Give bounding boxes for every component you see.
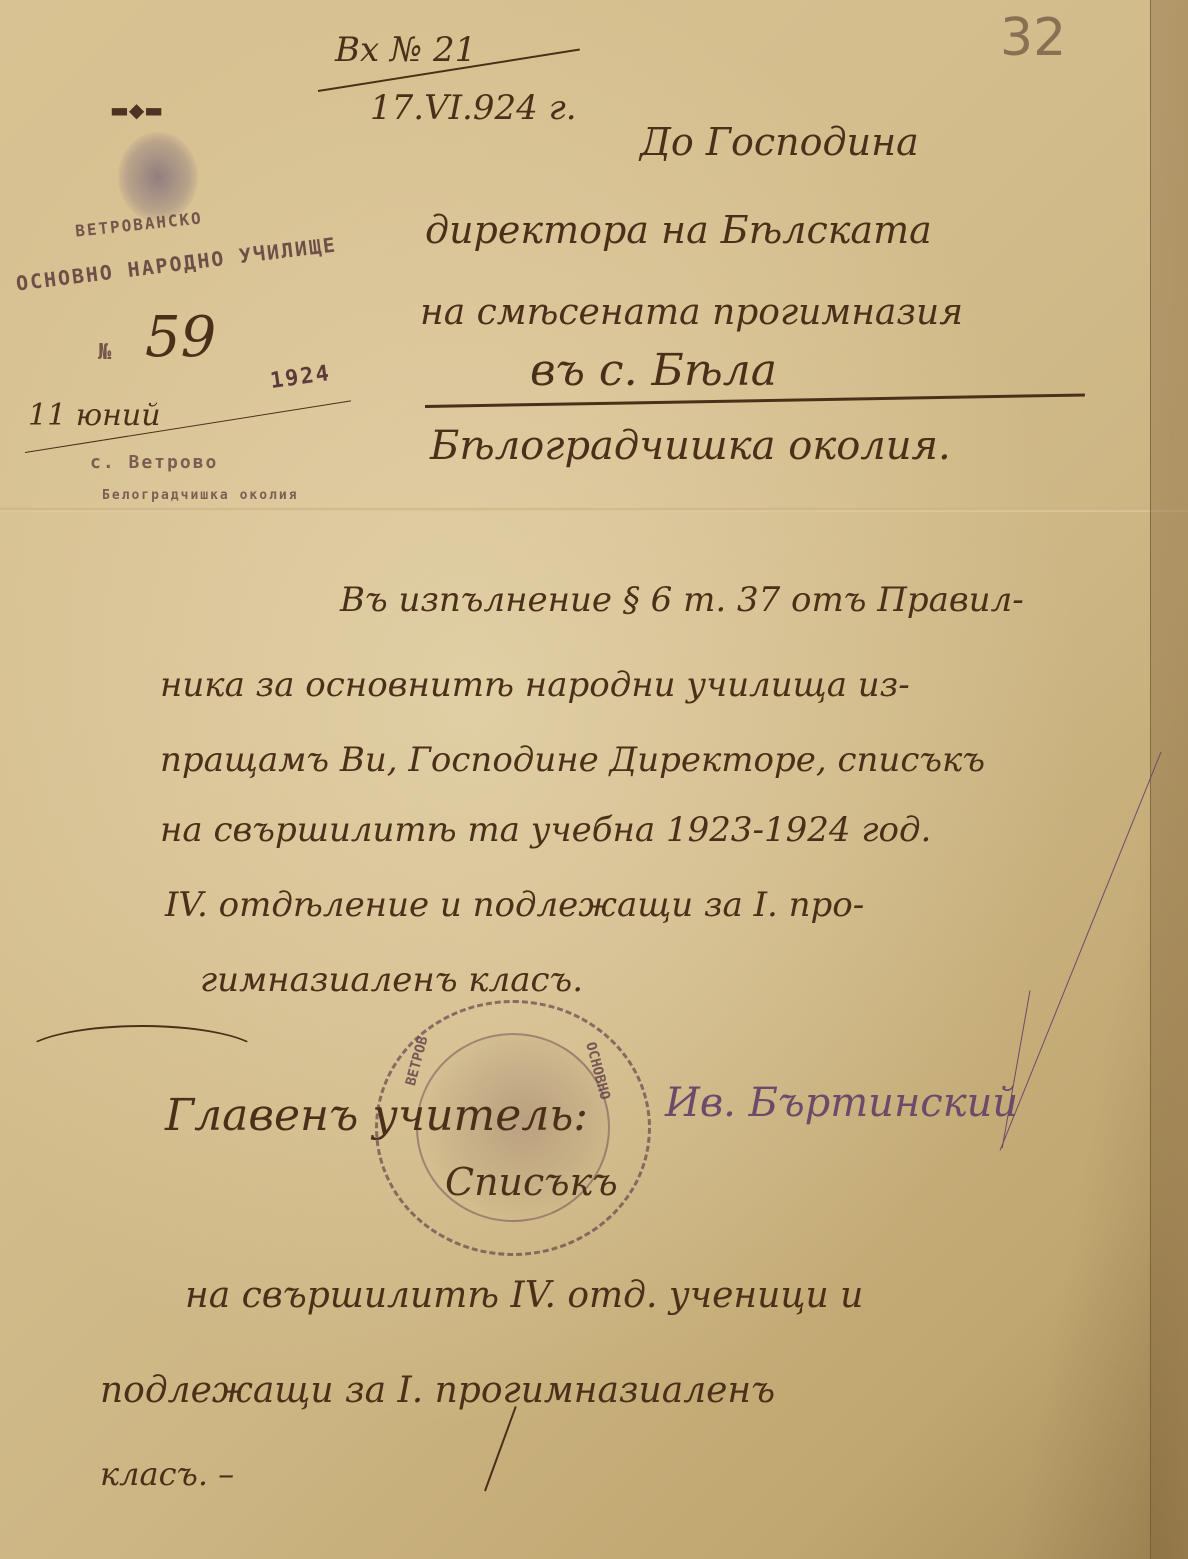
stamp-number: 59 xyxy=(145,305,216,370)
adjacent-page-edge xyxy=(1150,0,1188,1559)
addressee-line-2: директора на Бѣлската xyxy=(425,208,932,252)
body-line-1: Въ изпълнение § 6 т. 37 отъ Правил- xyxy=(340,580,1024,620)
addressee-district: Бѣлоградчишка околия. xyxy=(430,423,951,469)
body-line-5: IV. отдѣление и подлежащи за I. про- xyxy=(165,885,864,925)
stamp-date-day-month: 11 юний xyxy=(28,398,161,433)
signatory-title: Главенъ учитель: xyxy=(165,1090,588,1141)
list-line-3: класъ. – xyxy=(100,1455,234,1493)
crest-icon xyxy=(118,132,198,222)
body-line-6: гимназиаленъ класъ. xyxy=(200,960,583,1000)
addressee-village: въ с. Бѣла xyxy=(530,345,777,396)
registry-date: 17.VI.924 г. xyxy=(370,88,577,128)
crown-icon: ▬◆▬ xyxy=(110,98,185,120)
title-flourish xyxy=(20,1025,264,1089)
addressee-line-1: До Господина xyxy=(640,120,919,164)
registry-number: Вх № 21 xyxy=(335,30,476,70)
body-line-4: на свършилитѣ та учебна 1923-1924 год. xyxy=(160,810,931,850)
stamp-place: с. Ветрово xyxy=(90,452,218,473)
signature: Ив. Бъртинский xyxy=(665,1080,1018,1126)
paper-fold xyxy=(0,508,1188,512)
page-number-pencil: 32 xyxy=(1000,8,1066,68)
stamp-district: Белоградчишка околия xyxy=(102,488,299,503)
body-line-2: ника за основнитѣ народни училища из- xyxy=(160,665,910,705)
list-line-2: подлежащи за I. прогимназиаленъ xyxy=(100,1370,775,1411)
list-line-1: на свършилитѣ IV. отд. ученици и xyxy=(185,1275,863,1316)
stamp-number-label: № xyxy=(98,340,113,365)
body-line-3: пращамъ Ви, Господине Директоре, списъкъ xyxy=(160,740,985,780)
addressee-line-3: на смѣсената прогимназия xyxy=(420,292,963,333)
list-title: Списъкъ xyxy=(445,1160,618,1204)
